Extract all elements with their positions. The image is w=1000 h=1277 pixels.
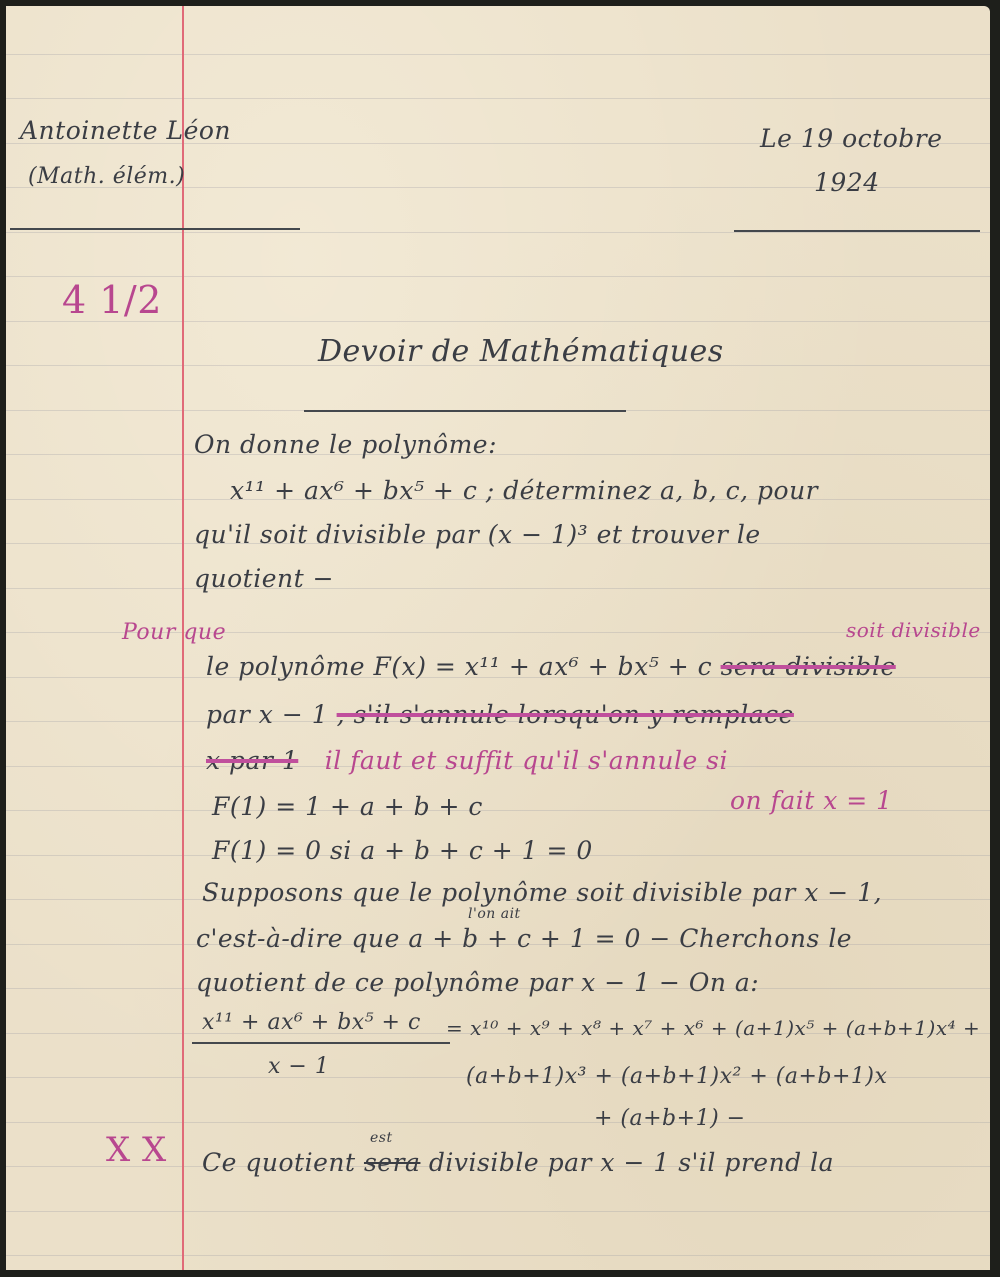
paragraph-line-3: quotient de ce polynôme par x − 1 − On a… — [196, 968, 759, 997]
insertion-above: l'on ait — [468, 906, 521, 922]
problem-line-4: quotient − — [194, 564, 334, 593]
struck-text: sera divisible — [721, 652, 896, 681]
student-name: Antoinette Léon — [20, 116, 231, 145]
ruled-line — [6, 98, 990, 99]
fraction-denominator: x − 1 — [268, 1054, 329, 1079]
quotient-line-1: = x¹⁰ + x⁹ + x⁸ + x⁷ + x⁶ + (a+1)x⁵ + (a… — [446, 1016, 980, 1040]
margin-mark: X X — [106, 1130, 167, 1170]
paragraph-line-1: Supposons que le polynôme soit divisible… — [202, 878, 882, 907]
solution-line-2: par x − 1 , s'il s'annule lorsqu'on y re… — [206, 700, 794, 729]
problem-line-2: x¹¹ + ax⁶ + bx⁵ + c ; déterminez a, b, c… — [230, 476, 818, 505]
fraction-bar — [192, 1042, 450, 1044]
title-underline — [304, 410, 626, 412]
ruled-line — [6, 1122, 990, 1123]
date-line-2: 1924 — [814, 168, 880, 197]
ruled-line — [6, 1255, 990, 1256]
teacher-correction-above: soit divisible — [846, 618, 981, 642]
teacher-correction-margin: Pour que — [122, 620, 226, 645]
struck-text: , s'il s'annule lorsqu'on y remplace — [337, 700, 794, 729]
solution-line-3: x par 1 il faut et suffit qu'il s'annule… — [206, 746, 728, 775]
ruled-line — [6, 232, 990, 233]
final-line-start: Ce quotient — [202, 1148, 356, 1177]
solution-line-2-text: par x − 1 — [206, 700, 328, 729]
ruled-line — [6, 54, 990, 55]
page-title: Devoir de Mathématiques — [318, 334, 724, 369]
paragraph-line-2: c'est-à-dire que a + b + c + 1 = 0 − Che… — [196, 924, 852, 953]
problem-line-3: qu'il soit divisible par (x − 1)³ et tro… — [194, 520, 761, 549]
solution-line-1: le polynôme F(x) = x¹¹ + ax⁶ + bx⁵ + c s… — [206, 652, 896, 681]
student-class: (Math. élém.) — [28, 164, 185, 189]
ruled-line — [6, 276, 990, 277]
fraction-numerator: x¹¹ + ax⁶ + bx⁵ + c — [202, 1010, 421, 1035]
final-line-end: divisible par x − 1 s'il prend la — [429, 1148, 834, 1177]
ruled-line — [6, 454, 990, 455]
grade-mark: 4 1/2 — [62, 278, 162, 322]
insertion-above: est — [370, 1130, 393, 1146]
header-underline-left — [10, 228, 300, 230]
final-line: Ce quotient sera divisible par x − 1 s'i… — [202, 1148, 834, 1177]
solution-line-1-text: le polynôme F(x) = x¹¹ + ax⁶ + bx⁵ + c — [206, 652, 712, 681]
teacher-correction-2: on fait x = 1 — [730, 786, 893, 815]
header-underline-right — [734, 230, 980, 232]
struck-text: sera — [364, 1148, 420, 1177]
equation-1: F(1) = 1 + a + b + c — [212, 792, 483, 821]
struck-text: x par 1 — [206, 746, 298, 775]
problem-line-1: On donne le polynôme: — [194, 430, 497, 459]
teacher-correction: il faut et suffit qu'il s'annule si — [325, 746, 728, 775]
notebook-page: Antoinette Léon (Math. élém.) Le 19 octo… — [6, 6, 990, 1270]
ruled-line — [6, 588, 990, 589]
ruled-line — [6, 1211, 990, 1212]
date-line-1: Le 19 octobre — [760, 124, 943, 153]
equation-2: F(1) = 0 si a + b + c + 1 = 0 — [212, 836, 593, 865]
quotient-line-3: + (a+b+1) − — [594, 1106, 746, 1131]
quotient-line-2: (a+b+1)x³ + (a+b+1)x² + (a+b+1)x — [466, 1064, 887, 1089]
